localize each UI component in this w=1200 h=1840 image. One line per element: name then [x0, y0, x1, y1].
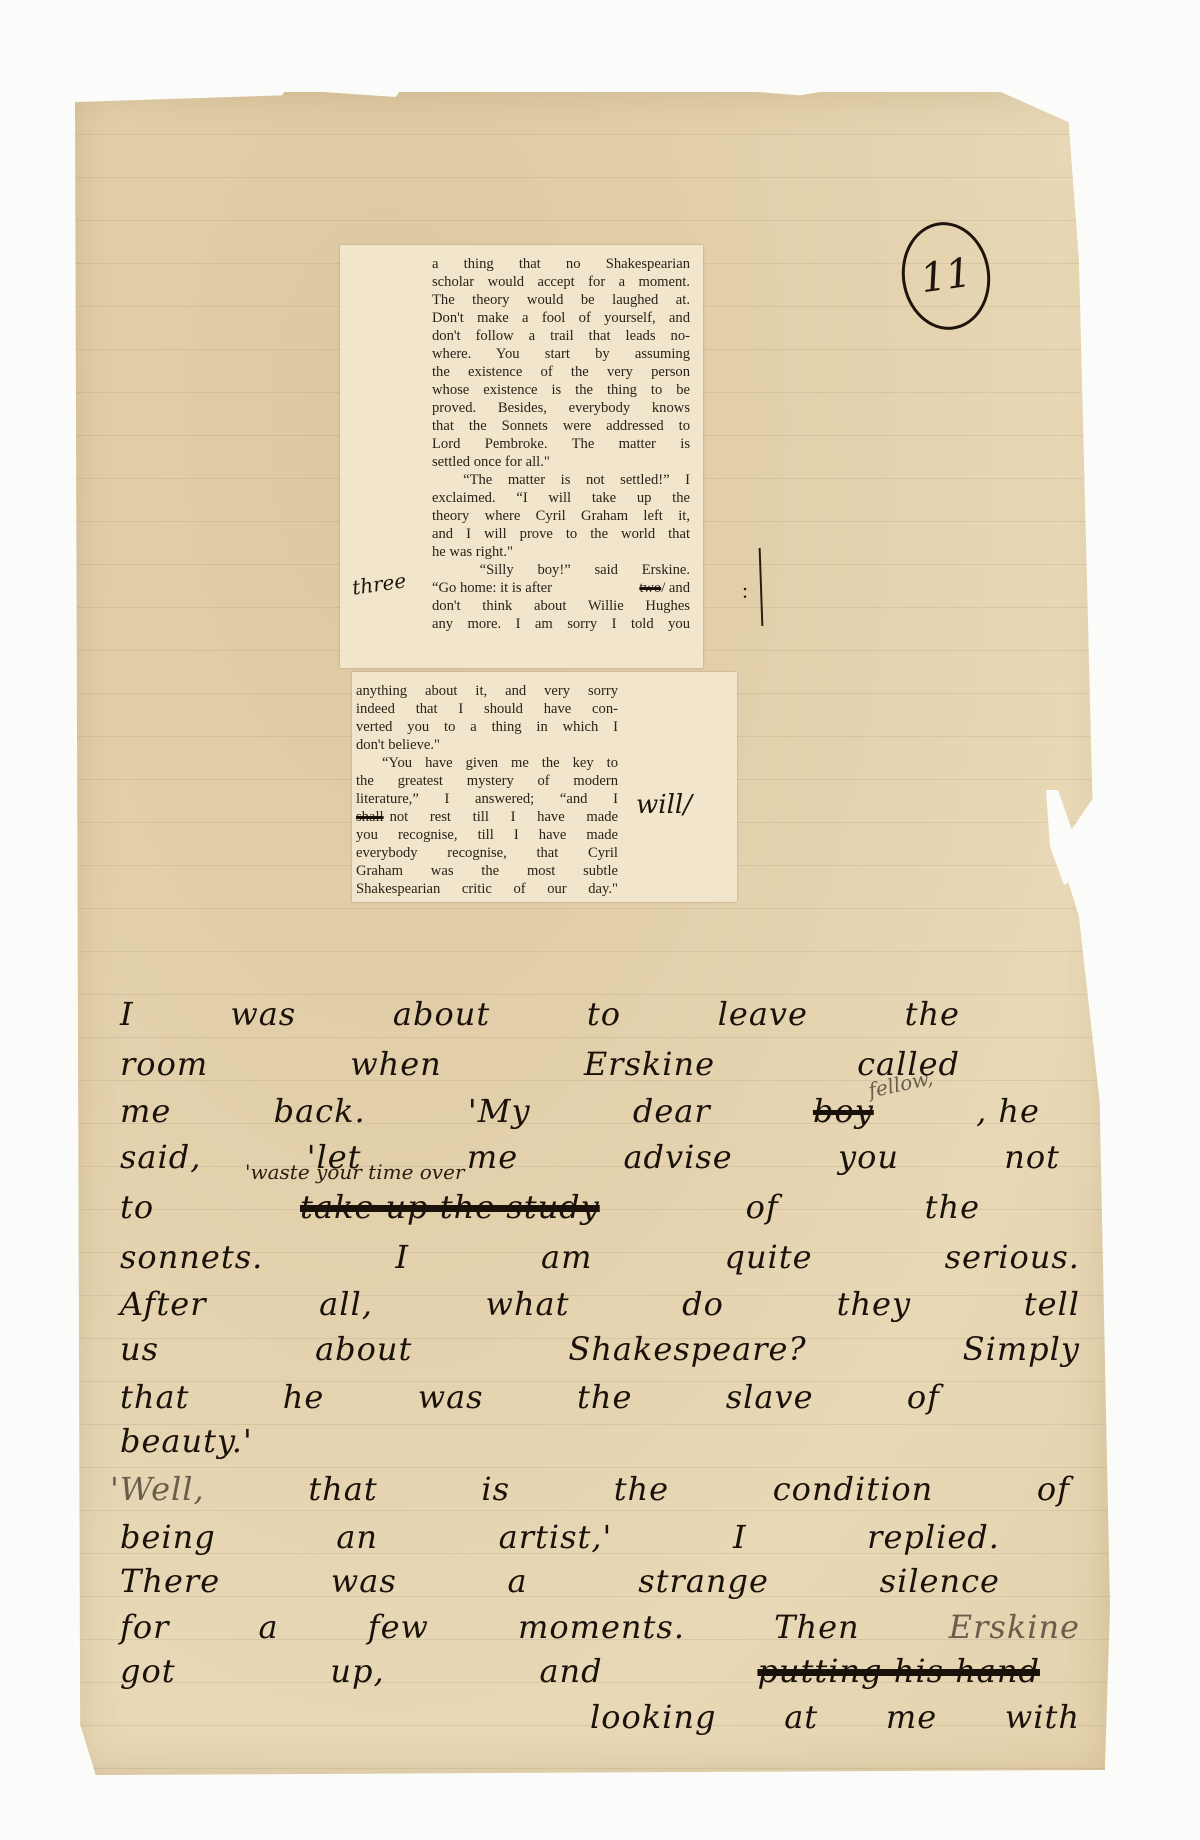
struck-word: boy [813, 1092, 874, 1130]
word: me [886, 1698, 937, 1736]
word: being [120, 1518, 216, 1556]
clipping-line: he was right." [432, 543, 690, 561]
word: slave [726, 1378, 814, 1416]
clipping-line: literature,” I answered; “and I [356, 790, 618, 808]
clipping-line: the greatest mystery of modern [356, 772, 618, 790]
clipping-line-with-correction: “Go home: it is after two/ and [432, 579, 690, 597]
word: silence [880, 1562, 1000, 1600]
struck-word: two [639, 580, 661, 596]
word: replied. [867, 1518, 1000, 1556]
word: is [481, 1470, 510, 1508]
word: about [393, 995, 490, 1033]
clipping-line: proved. Besides, everybody knows [432, 399, 690, 417]
word: 'My [468, 1092, 531, 1130]
word: me [467, 1138, 518, 1176]
clipping-line: don't believe." [356, 736, 618, 754]
clipping-line: any more. I am sorry I told you [432, 615, 690, 633]
clipping-line: don't follow a trail that leads no- [432, 327, 690, 345]
word: few [368, 1608, 429, 1646]
printed-clipping-2: anything about it, and very sorry indeed… [352, 672, 737, 902]
word: strange [638, 1562, 769, 1600]
word: of [1037, 1470, 1070, 1508]
word: back. [274, 1092, 366, 1130]
word: the [614, 1470, 669, 1508]
struck-phrase: take up the study [300, 1188, 600, 1226]
word: room [120, 1045, 208, 1083]
clipping-line: whose existence is the thing to be [432, 381, 690, 399]
clipping-line: everybody recognise, that Cyril [356, 844, 618, 862]
word: There [120, 1562, 220, 1600]
word: us [120, 1330, 159, 1368]
word: quite [724, 1238, 812, 1276]
word: was [331, 1562, 397, 1600]
clipping-1-text: a thing that no Shakespearian scholar wo… [432, 255, 690, 633]
word: me [120, 1092, 171, 1130]
word: artist,' [499, 1518, 613, 1556]
word: advise [623, 1138, 732, 1176]
word: beauty.' [120, 1422, 253, 1460]
clipping-line: a thing that no Shakespearian [432, 255, 690, 273]
word: was [418, 1378, 484, 1416]
word: Shakespeare? [568, 1330, 806, 1368]
word: the [905, 995, 960, 1033]
clipping-line: the existence of the very person [432, 363, 690, 381]
word: when [350, 1045, 442, 1083]
word: I [733, 1518, 747, 1556]
word: he [283, 1378, 325, 1416]
clipping-line: theory where Cyril Graham left it, [432, 507, 690, 525]
word: moments. [518, 1608, 685, 1646]
word: to [587, 995, 621, 1033]
manuscript-line: looking at me with [590, 1698, 1080, 1758]
word: of [746, 1188, 779, 1226]
struck-word: shall [356, 808, 384, 826]
word: I [395, 1238, 409, 1276]
word: an [336, 1518, 378, 1556]
word: of [907, 1378, 940, 1416]
word: at [784, 1698, 818, 1736]
word: sonnets. [120, 1238, 263, 1276]
margin-mark-colon: : [742, 578, 748, 604]
word: Simply [963, 1330, 1080, 1368]
clipping-line: “The matter is not settled!” I [432, 471, 690, 489]
word: , he [976, 1092, 1040, 1130]
clipping-line: Shakespearian critic of our day." [356, 880, 618, 898]
clipping-line: you recognise, till I have made [356, 826, 618, 844]
clipping-line: Lord Pembroke. The matter is [432, 435, 690, 453]
word: the [925, 1188, 980, 1226]
word: Erskine [949, 1608, 1080, 1646]
word: with [1005, 1698, 1080, 1736]
clipping-line: verted you to a thing in which I [356, 718, 618, 736]
clipping-line: where. You start by assuming [432, 345, 690, 363]
word: up, [330, 1652, 384, 1690]
clipping-line: “You have given me the key to [356, 754, 618, 772]
word: After [120, 1285, 206, 1323]
word: Erskine [584, 1045, 715, 1083]
word: that [120, 1378, 189, 1416]
word: condition [773, 1470, 933, 1508]
clipping-line: and I will prove to the world that [432, 525, 690, 543]
word: 'let [307, 1138, 362, 1176]
word: am [541, 1238, 592, 1276]
clipping-2-text: anything about it, and very sorry indeed… [356, 682, 618, 898]
clipping-line: don't think about Willie Hughes [432, 597, 690, 615]
word: about [315, 1330, 412, 1368]
clipping-line-with-correction: shall not rest till I have made [356, 808, 618, 826]
word: for [120, 1608, 169, 1646]
word: I [120, 995, 134, 1033]
clipping-line-start: “Go home: it is after [432, 579, 552, 597]
word: was [230, 995, 296, 1033]
clipping-line-end: / and [661, 580, 690, 596]
printed-clipping-1: a thing that no Shakespearian scholar wo… [340, 245, 703, 668]
struck-phrase: putting his hand [757, 1652, 1040, 1690]
word: said, [120, 1138, 201, 1176]
word: the [577, 1378, 632, 1416]
word: called [857, 1045, 960, 1083]
word: that [308, 1470, 377, 1508]
word: you [838, 1138, 899, 1176]
word: to [120, 1188, 154, 1226]
clipping-line: scholar would accept for a moment. [432, 273, 690, 291]
word: they [837, 1285, 911, 1323]
clipping-line: Graham was the most subtle [356, 862, 618, 880]
clipping-line: “Silly boy!” said Erskine. [432, 561, 690, 579]
word: tell [1024, 1285, 1080, 1323]
word: 'Well, [110, 1470, 205, 1508]
clipping-line: indeed that I should have con- [356, 700, 618, 718]
word: Then [774, 1608, 860, 1646]
clipping-line-end: not rest till I have made [384, 808, 618, 826]
word: got [120, 1652, 176, 1690]
clipping-line: exclaimed. “I will take up the [432, 489, 690, 507]
word: what [486, 1285, 570, 1323]
word: a [259, 1608, 279, 1646]
word: not [1004, 1138, 1060, 1176]
word: a [507, 1562, 527, 1600]
clipping-line: anything about it, and very sorry [356, 682, 618, 700]
clipping-line: settled once for all." [432, 453, 690, 471]
word: serious. [945, 1238, 1080, 1276]
clipping-line: The theory would be laughed at. [432, 291, 690, 309]
word: looking [590, 1698, 716, 1736]
word: and [539, 1652, 602, 1690]
word: leave [718, 995, 808, 1033]
margin-note-will: will/ [636, 790, 692, 820]
word: do [682, 1285, 724, 1323]
word: all, [319, 1285, 373, 1323]
clipping-line: that the Sonnets were addressed to [432, 417, 690, 435]
clipping-line: Don't make a fool of yourself, and [432, 309, 690, 327]
word: dear [633, 1092, 711, 1130]
folio-number-text: 11 [918, 250, 975, 303]
